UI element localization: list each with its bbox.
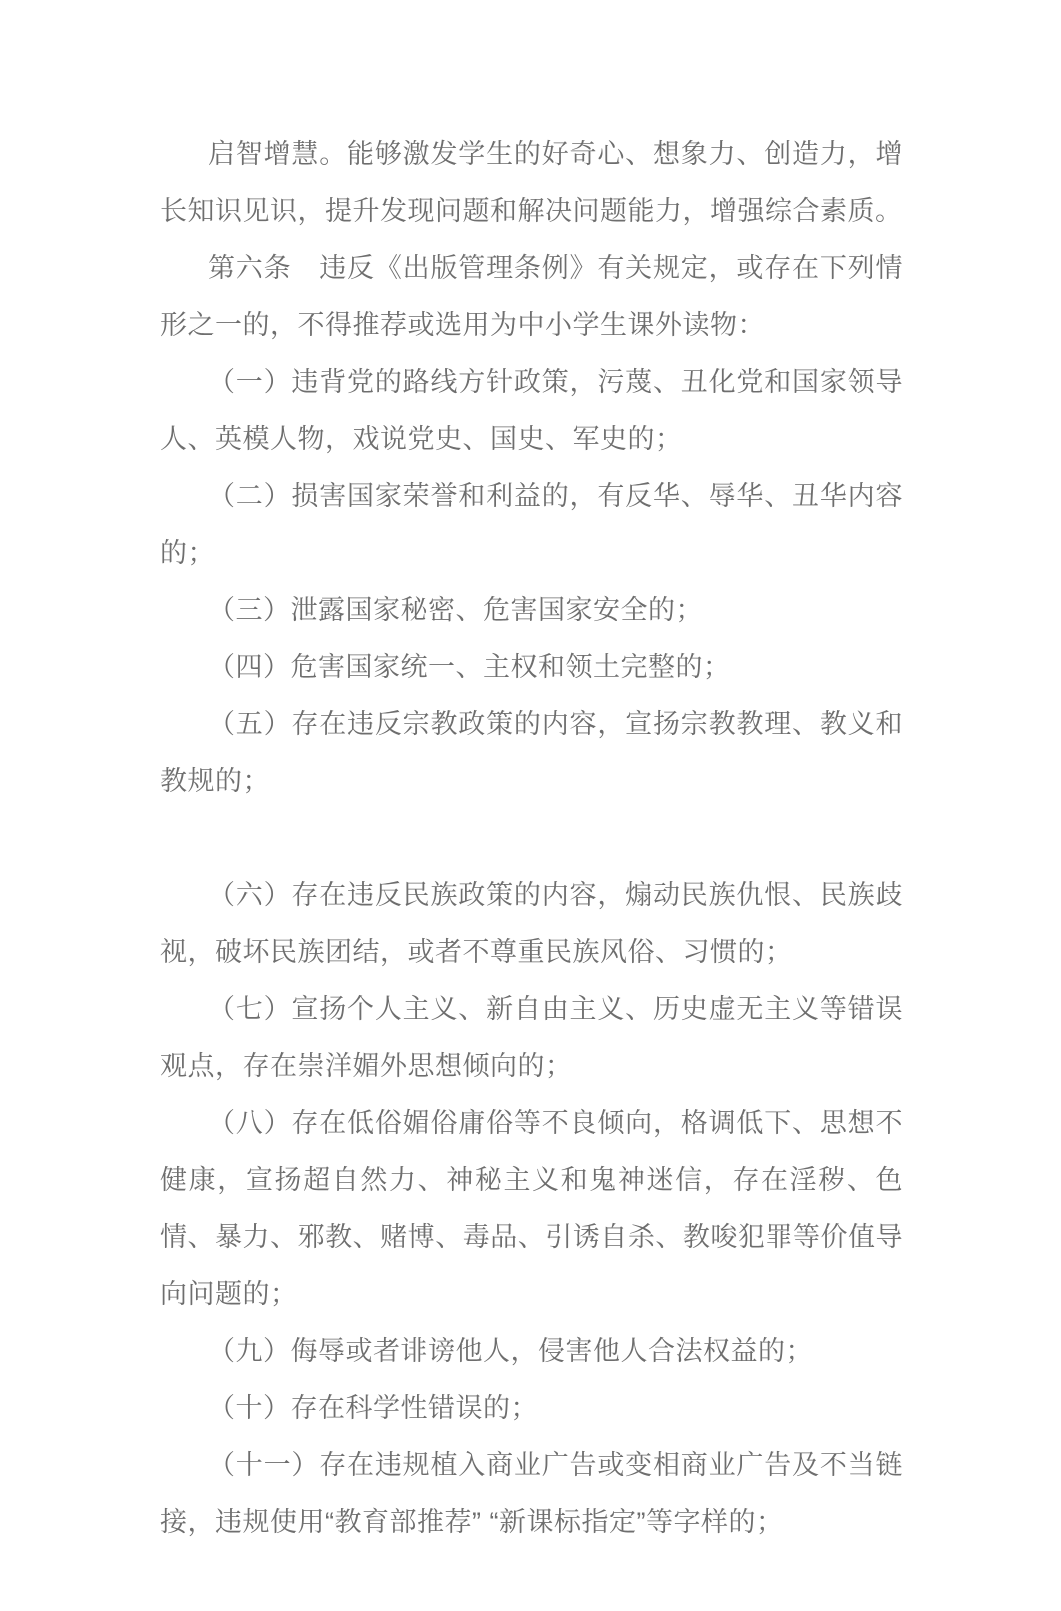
document-page: 启智增慧。能够激发学生的好奇心、想象力、创造力，增长知识见识，提升发现问题和解决… xyxy=(0,0,1061,1611)
blank-line xyxy=(160,810,903,867)
article-6-paragraph: 第六条 违反《出版管理条例》有关规定，或存在下列情形之一的，不得推荐或选用为中小… xyxy=(160,240,903,354)
item-2-paragraph: （二）损害国家荣誉和利益的，有反华、辱华、丑华内容的； xyxy=(160,468,903,582)
item-10-paragraph: （十）存在科学性错误的； xyxy=(160,1380,903,1437)
item-1-paragraph: （一）违背党的路线方针政策，污蔑、丑化党和国家领导人、英模人物，戏说党史、国史、… xyxy=(160,354,903,468)
item-11-paragraph: （十一）存在违规植入商业广告或变相商业广告及不当链接，违规使用“教育部推荐” “… xyxy=(160,1437,903,1551)
item-3-paragraph: （三）泄露国家秘密、危害国家安全的； xyxy=(160,582,903,639)
item-8-paragraph: （八）存在低俗媚俗庸俗等不良倾向，格调低下、思想不健康，宣扬超自然力、神秘主义和… xyxy=(160,1095,903,1323)
item-9-paragraph: （九）侮辱或者诽谤他人，侵害他人合法权益的； xyxy=(160,1323,903,1380)
item-4-paragraph: （四）危害国家统一、主权和领土完整的； xyxy=(160,639,903,696)
item-6-paragraph: （六）存在违反民族政策的内容，煽动民族仇恨、民族歧视，破坏民族团结，或者不尊重民… xyxy=(160,867,903,981)
item-7-paragraph: （七）宣扬个人主义、新自由主义、历史虚无主义等错误观点，存在崇洋媚外思想倾向的； xyxy=(160,981,903,1095)
intro-paragraph: 启智增慧。能够激发学生的好奇心、想象力、创造力，增长知识见识，提升发现问题和解决… xyxy=(160,126,903,240)
item-5-paragraph: （五）存在违反宗教政策的内容，宣扬宗教教理、教义和教规的； xyxy=(160,696,903,810)
